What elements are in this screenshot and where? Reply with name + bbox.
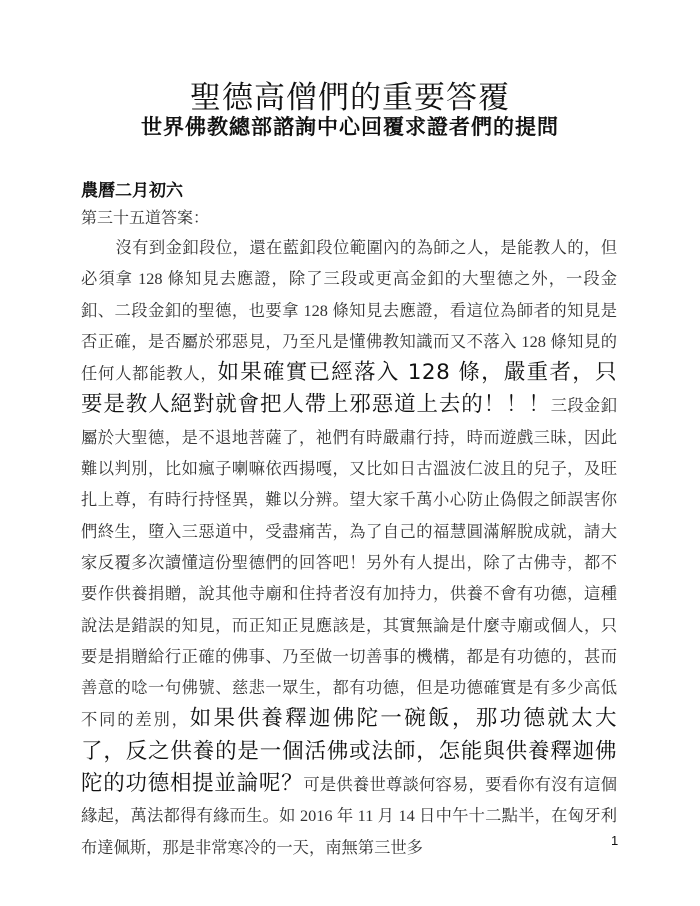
answer-label: 第三十五道答案： <box>81 205 209 228</box>
page-number: 1 <box>611 833 618 848</box>
document-subtitle: 世界佛教總部諮詢中心回覆求證者們的提問 <box>0 111 700 141</box>
date-heading: 農曆二月初六 <box>81 176 183 201</box>
answer-paragraph: 沒有到金釦段位，還在藍釦段位範圍內的為師之人，是能教人的，但必須拿 128 條知… <box>81 232 617 863</box>
paragraph-text: 三段金釦屬於大聖德，是不退地菩薩了，祂們有時嚴肅行持，時而遊戲三昧，因此難以判別… <box>81 396 617 729</box>
